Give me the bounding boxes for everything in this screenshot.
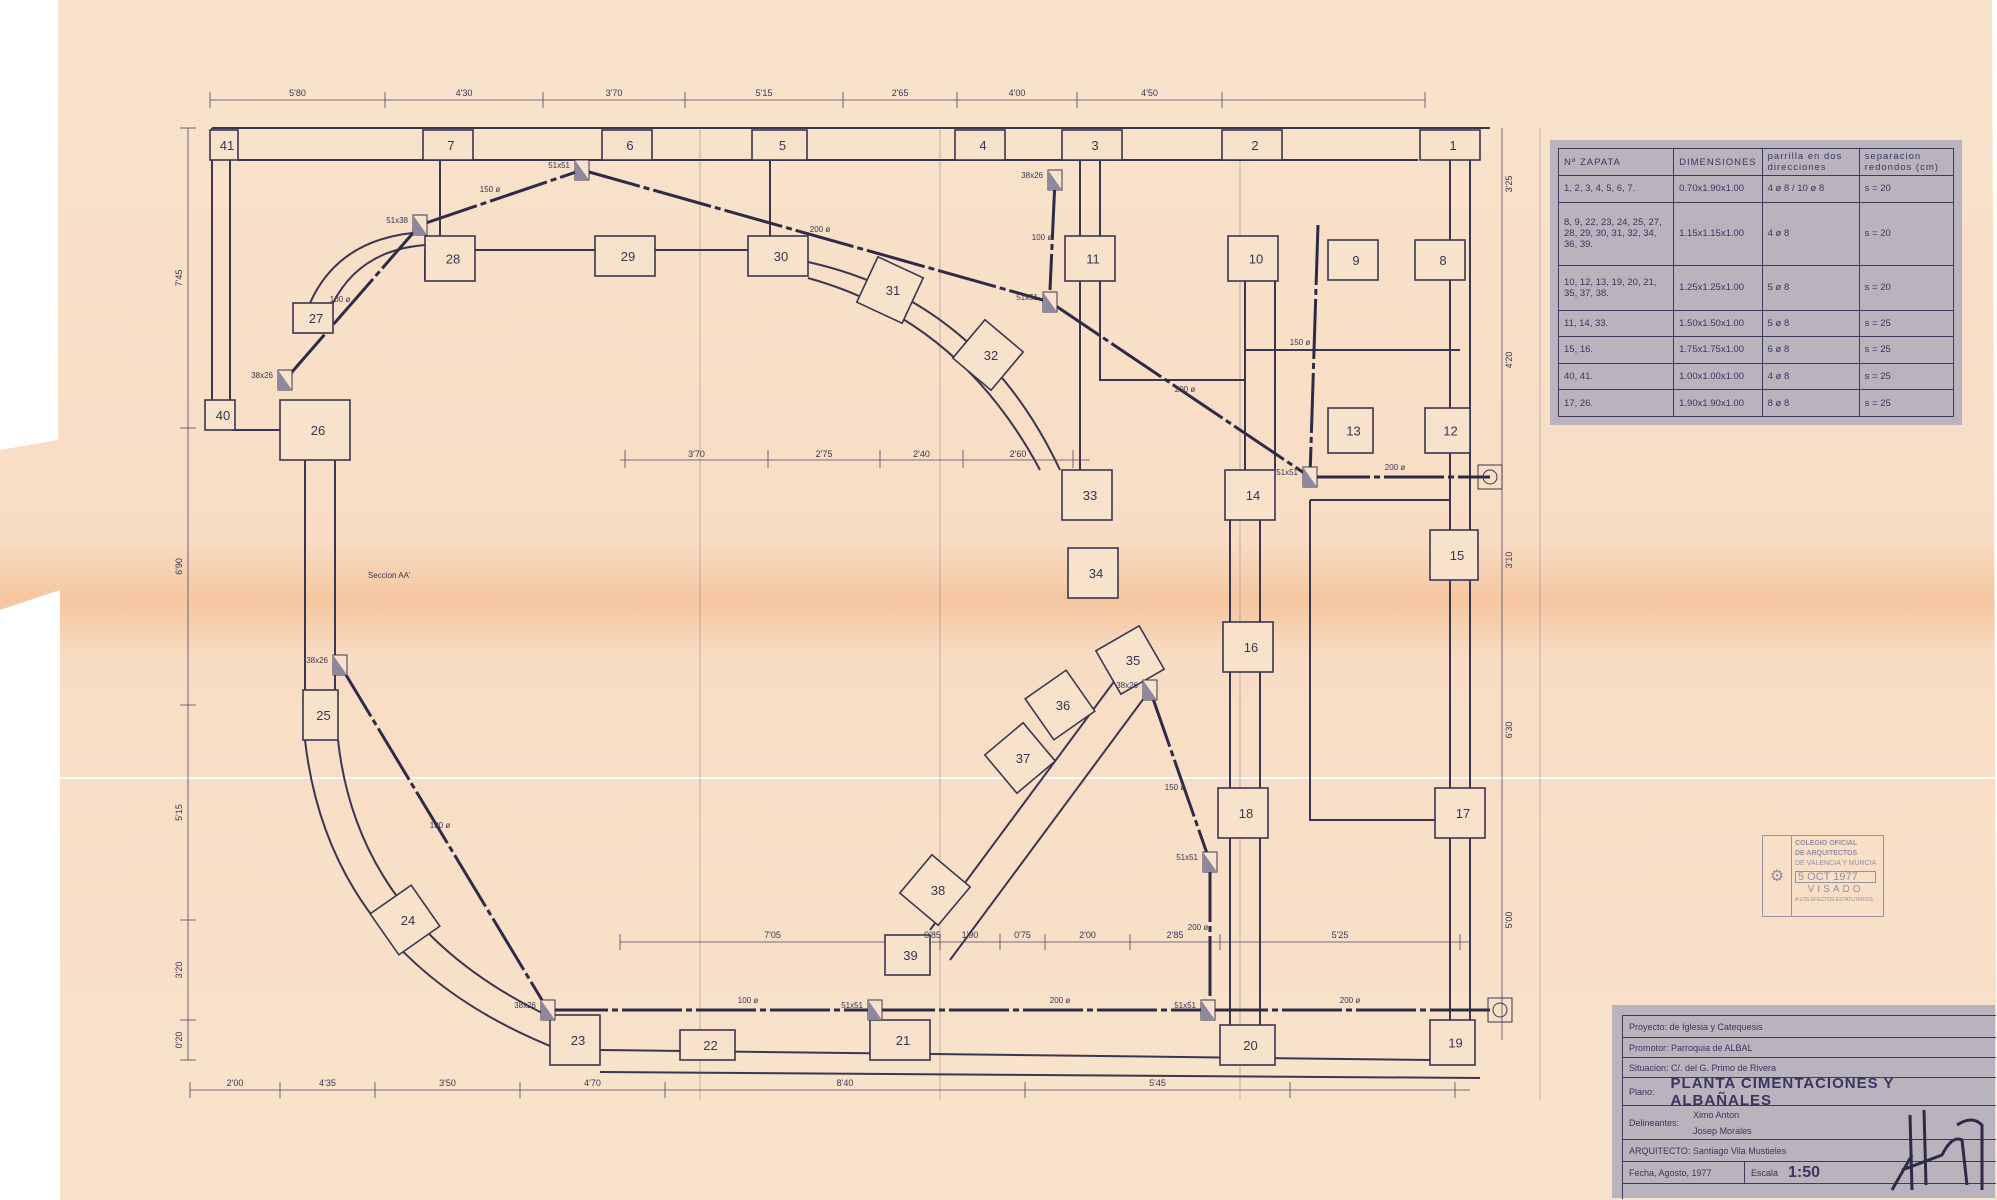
footing-8: 8 (1415, 240, 1465, 280)
footing-21: 21 (870, 1020, 930, 1060)
schedule-cell: 1, 2, 3, 4, 5, 6, 7. (1559, 176, 1674, 203)
footing-number: 27 (309, 311, 323, 326)
schedule-header: parrilla en dos direcciones (1762, 149, 1859, 176)
footing-number: 22 (703, 1038, 717, 1053)
dimension-label: 4'30 (456, 88, 473, 98)
schedule-cell: 6 ø 8 (1762, 337, 1859, 364)
manhole-size: 38x26 (514, 1001, 536, 1010)
dimension-label: 5'15 (174, 804, 184, 821)
footing-number: 16 (1244, 640, 1258, 655)
punch-hole (9, 913, 19, 923)
schedule-header: Nº ZAPATA (1559, 149, 1674, 176)
pipe-diameter-label: 200 ø (1340, 996, 1361, 1005)
footing-number: 26 (311, 423, 325, 438)
manhole-size: 51x51 (548, 161, 570, 170)
footing-14: 14 (1225, 470, 1275, 520)
footing-number: 30 (774, 249, 788, 264)
manhole-size: 51x51 (1176, 853, 1198, 862)
manhole-size: 38x26 (1116, 681, 1138, 690)
schedule-cell: s = 20 (1859, 265, 1953, 310)
drawing-sheet: 1234567418910111213143315341617184026272… (0, 0, 1997, 1200)
footing-1: 1 (1420, 130, 1480, 160)
footing-number: 24 (401, 913, 415, 928)
schedule-header: DIMENSIONES (1674, 149, 1763, 176)
dimension-label: 5'80 (289, 88, 306, 98)
dimension-label: 4'70 (584, 1078, 601, 1088)
footing-number: 25 (316, 708, 330, 723)
footing-25: 25 (303, 690, 338, 740)
manhole-size: 38x26 (306, 656, 328, 665)
manhole-size: 51x38 (386, 216, 408, 225)
schedule-cell: 1.00x1.00x1.00 (1674, 363, 1763, 390)
footing-16: 16 (1223, 622, 1273, 672)
footing-number: 29 (621, 249, 635, 264)
footing-27: 27 (293, 303, 333, 333)
footing-20: 20 (1220, 1025, 1275, 1065)
dimension-label: 1'90 (962, 930, 979, 940)
pipe-diameter-label: 100 ø (430, 821, 451, 830)
footing-number: 5 (779, 138, 786, 153)
pipe-diameter-label: 200 ø (1175, 385, 1196, 394)
dimension-label: 6'90 (174, 558, 184, 575)
architect-signature (1882, 1095, 1992, 1195)
footing-39: 39 (885, 935, 930, 975)
stamp-date: 5 OCT 1977 (1795, 871, 1876, 883)
dimension-label: 7'45 (174, 270, 184, 287)
manhole-size: 51x51 (841, 1001, 863, 1010)
footing-number: 33 (1083, 488, 1097, 503)
footing-number: 11 (1086, 252, 1100, 267)
schedule-cell: 4 ø 8 (1762, 363, 1859, 390)
footing-number: 32 (984, 348, 998, 363)
dimension-label: 3'70 (606, 88, 623, 98)
dimension-label: 3'50 (439, 1078, 456, 1088)
footing-number: 15 (1450, 548, 1464, 563)
stamp-line1: COLEGIO OFICIAL (1795, 839, 1876, 849)
schedule-cell: 1.25x1.25x1.00 (1674, 265, 1763, 310)
dimension-label: 2'85 (1167, 930, 1184, 940)
footing-number: 23 (571, 1033, 585, 1048)
footing-17: 17 (1435, 788, 1485, 838)
footing-9: 9 (1328, 240, 1378, 280)
manhole-size: 51x51 (1174, 1001, 1196, 1010)
dimension-label: 7'05 (764, 930, 781, 940)
footing-7: 7 (423, 130, 473, 160)
footing-number: 28 (446, 252, 460, 267)
dimension-label: 2'65 (892, 88, 909, 98)
schedule-cell: 8, 9, 22, 23, 24, 25, 27, 28, 29, 30, 31… (1559, 202, 1674, 265)
schedule-cell: 5 ø 8 (1762, 265, 1859, 310)
dimension-label: 3'70 (688, 449, 705, 459)
dimension-label: 4'20 (1504, 352, 1514, 369)
dimension-label: 4'00 (1009, 88, 1026, 98)
footing-number: 34 (1089, 566, 1103, 581)
footing-40: 40 (205, 400, 235, 430)
schedule-cell: 1.15x1.15x1.00 (1674, 202, 1763, 265)
footing-number: 14 (1246, 488, 1260, 503)
scale-label: Escala (1751, 1168, 1778, 1178)
dimension-label: 3'20 (174, 962, 184, 979)
dimension-label: 0'85 (924, 930, 941, 940)
schedule-cell: 17, 26. (1559, 390, 1674, 417)
pipe-diameter-label: 200 ø (810, 225, 831, 234)
promoter-field: Promotor: Parroquia de ALBAL (1629, 1043, 1753, 1053)
footing-30: 30 (748, 236, 808, 276)
footing-34: 34 (1068, 548, 1118, 598)
footing-number: 31 (886, 283, 900, 298)
dimension-label: 0'75 (1014, 930, 1031, 940)
schedule-row: 40, 41.1.00x1.00x1.004 ø 8s = 25 (1559, 363, 1954, 390)
footing-41: 41 (210, 130, 238, 160)
schedule-cell: s = 20 (1859, 176, 1953, 203)
pipe-diameter-label: 150 ø (1165, 783, 1186, 792)
dimension-label: 6'30 (1504, 722, 1514, 739)
schedule-cell: s = 25 (1859, 390, 1953, 417)
dimension-label: 2'00 (1079, 930, 1096, 940)
schedule-row: 8, 9, 22, 23, 24, 25, 27, 28, 29, 30, 31… (1559, 202, 1954, 265)
footing-10: 10 (1228, 236, 1278, 281)
dimension-label: 2'60 (1010, 449, 1027, 459)
dimension-label: 2'00 (227, 1078, 244, 1088)
pipe-diameter-label: 100 ø (1032, 233, 1053, 242)
dimension-label: 5'25 (1332, 930, 1349, 940)
stamp-line3: DE VALENCIA Y MURCIA (1795, 859, 1876, 869)
footing-23: 23 (550, 1015, 600, 1065)
title-block: Proyecto: de Iglesia y Catequesis Promot… (1612, 1005, 1995, 1198)
pipe-diameter-label: 150 ø (480, 185, 501, 194)
schedule-header: separacion redondos (cm) (1859, 149, 1953, 176)
pipe-diameter-label: 200 ø (1385, 463, 1406, 472)
pipe-diameter-label: 100 ø (330, 295, 351, 304)
manhole-size: 38x26 (1021, 171, 1043, 180)
schedule-cell: 5 ø 8 (1762, 310, 1859, 337)
footing-number: 1 (1449, 138, 1456, 153)
schedule-row: 17, 26.1.90x1.90x1.008 ø 8s = 25 (1559, 390, 1954, 417)
schedule-cell: 1.75x1.75x1.00 (1674, 337, 1763, 364)
footing-number: 2 (1251, 138, 1258, 153)
pipe-diameter-label: 200 ø (1188, 923, 1209, 932)
schedule-row: 11, 14, 33.1.50x1.50x1.005 ø 8s = 25 (1559, 310, 1954, 337)
footing-number: 4 (979, 138, 986, 153)
footing-19: 19 (1430, 1020, 1475, 1065)
dimension-label: 4'35 (319, 1078, 336, 1088)
schedule-cell: 40, 41. (1559, 363, 1674, 390)
footing-26: 26 (280, 400, 350, 460)
footing-29: 29 (595, 236, 655, 276)
footing-schedule: Nº ZAPATADIMENSIONESparrilla en dos dire… (1550, 140, 1962, 425)
footing-4: 4 (955, 130, 1005, 160)
plan-label: Plano: (1629, 1087, 1655, 1097)
manhole-size: 38x26 (251, 371, 273, 380)
footing-number: 12 (1443, 424, 1457, 439)
draftsman-1: Ximo Anton (1693, 1110, 1739, 1120)
footing-number: 3 (1091, 138, 1098, 153)
schedule-cell: s = 25 (1859, 337, 1953, 364)
dimension-label: 8'40 (837, 1078, 854, 1088)
dimension-label: 5'45 (1149, 1078, 1166, 1088)
punch-hole (9, 785, 19, 795)
footing-number: 19 (1448, 1036, 1462, 1051)
schedule-cell: 1.90x1.90x1.00 (1674, 390, 1763, 417)
manhole-size: 51x51 (1016, 293, 1038, 302)
visado-stamp: ⚙ COLEGIO OFICIAL DE ARQUITECTOS DE VALE… (1762, 835, 1884, 917)
footing-11: 11 (1065, 236, 1115, 281)
footing-number: 39 (903, 948, 917, 963)
footing-number: 8 (1439, 253, 1446, 268)
footing-number: 7 (447, 138, 454, 153)
stamp-sub: A LOS EFECTOS ESTATUTARIOS (1795, 895, 1876, 905)
pipe-diameter-label: 200 ø (1050, 996, 1071, 1005)
footing-number: 6 (626, 138, 633, 153)
footing-number: 37 (1016, 751, 1030, 766)
pencil-note: Seccion AA' (368, 571, 411, 580)
schedule-cell: 8 ø 8 (1762, 390, 1859, 417)
pipe-diameter-label: 150 ø (1290, 338, 1311, 347)
schedule-cell: s = 25 (1859, 310, 1953, 337)
footing-5: 5 (752, 130, 807, 160)
footing-28: 28 (425, 236, 475, 281)
pipe-diameter-label: 100 ø (738, 996, 759, 1005)
draftsmen-label: Delineantes: (1629, 1118, 1679, 1128)
footing-3: 3 (1062, 130, 1122, 160)
stamp-visado: VISADO (1795, 885, 1876, 895)
location-field: Situacion: C/. del G. Primo de Rivera (1629, 1063, 1776, 1073)
footing-number: 40 (216, 408, 230, 423)
schedule-cell: 15, 16. (1559, 337, 1674, 364)
footing-number: 38 (931, 883, 945, 898)
schedule-cell: 1.50x1.50x1.00 (1674, 310, 1763, 337)
dimension-label: 4'50 (1141, 88, 1158, 98)
footing-18: 18 (1218, 788, 1268, 838)
schedule-cell: 11, 14, 33. (1559, 310, 1674, 337)
footing-number: 35 (1126, 653, 1140, 668)
footing-number: 21 (896, 1033, 910, 1048)
manhole-size: 51x51 (1276, 468, 1298, 477)
footing-number: 41 (220, 138, 234, 153)
dimension-label: 3'25 (1504, 176, 1514, 193)
footing-number: 13 (1346, 424, 1360, 439)
dimension-label: 5'00 (1504, 912, 1514, 929)
dimension-label: 5'15 (756, 88, 773, 98)
schedule-cell: 4 ø 8 / 10 ø 8 (1762, 176, 1859, 203)
schedule-row: 15, 16.1.75x1.75x1.006 ø 8s = 25 (1559, 337, 1954, 364)
stamp-line2: DE ARQUITECTOS (1795, 849, 1876, 859)
dimension-label: 0'20 (174, 1032, 184, 1049)
schedule-row: 1, 2, 3, 4, 5, 6, 7.0.70x1.90x1.004 ø 8 … (1559, 176, 1954, 203)
footing-schedule-table: Nº ZAPATADIMENSIONESparrilla en dos dire… (1558, 148, 1954, 417)
schedule-cell: s = 20 (1859, 202, 1953, 265)
schedule-row: 10, 12, 13, 19, 20, 21, 35, 37, 38.1.25x… (1559, 265, 1954, 310)
stamp-emblem-icon: ⚙ (1763, 836, 1792, 916)
schedule-cell: 10, 12, 13, 19, 20, 21, 35, 37, 38. (1559, 265, 1674, 310)
date-field: Fecha, Agosto, 1977 (1623, 1162, 1745, 1183)
footing-number: 17 (1456, 806, 1470, 821)
footing-number: 18 (1239, 806, 1253, 821)
dimension-label: 2'40 (913, 449, 930, 459)
footing-number: 9 (1352, 253, 1359, 268)
footing-2: 2 (1222, 130, 1282, 160)
footing-number: 10 (1249, 252, 1263, 267)
dimension-label: 2'75 (816, 449, 833, 459)
footing-number: 20 (1243, 1038, 1257, 1053)
draftsman-2: Josep Morales (1693, 1126, 1752, 1136)
footing-6: 6 (602, 130, 652, 160)
schedule-cell: s = 25 (1859, 363, 1953, 390)
dimension-label: 3'10 (1504, 552, 1514, 569)
footing-33: 33 (1062, 470, 1112, 520)
footing-22: 22 (680, 1030, 735, 1060)
project-field: Proyecto: de Iglesia y Catequesis (1629, 1022, 1763, 1032)
schedule-cell: 0.70x1.90x1.00 (1674, 176, 1763, 203)
footing-13: 13 (1328, 408, 1373, 453)
scale-value: 1:50 (1788, 1164, 1820, 1182)
footing-12: 12 (1425, 408, 1470, 453)
architect-field: ARQUITECTO: Santiago Vila Mustieles (1629, 1146, 1786, 1156)
schedule-cell: 4 ø 8 (1762, 202, 1859, 265)
footing-15: 15 (1430, 530, 1478, 580)
footing-number: 36 (1056, 698, 1070, 713)
